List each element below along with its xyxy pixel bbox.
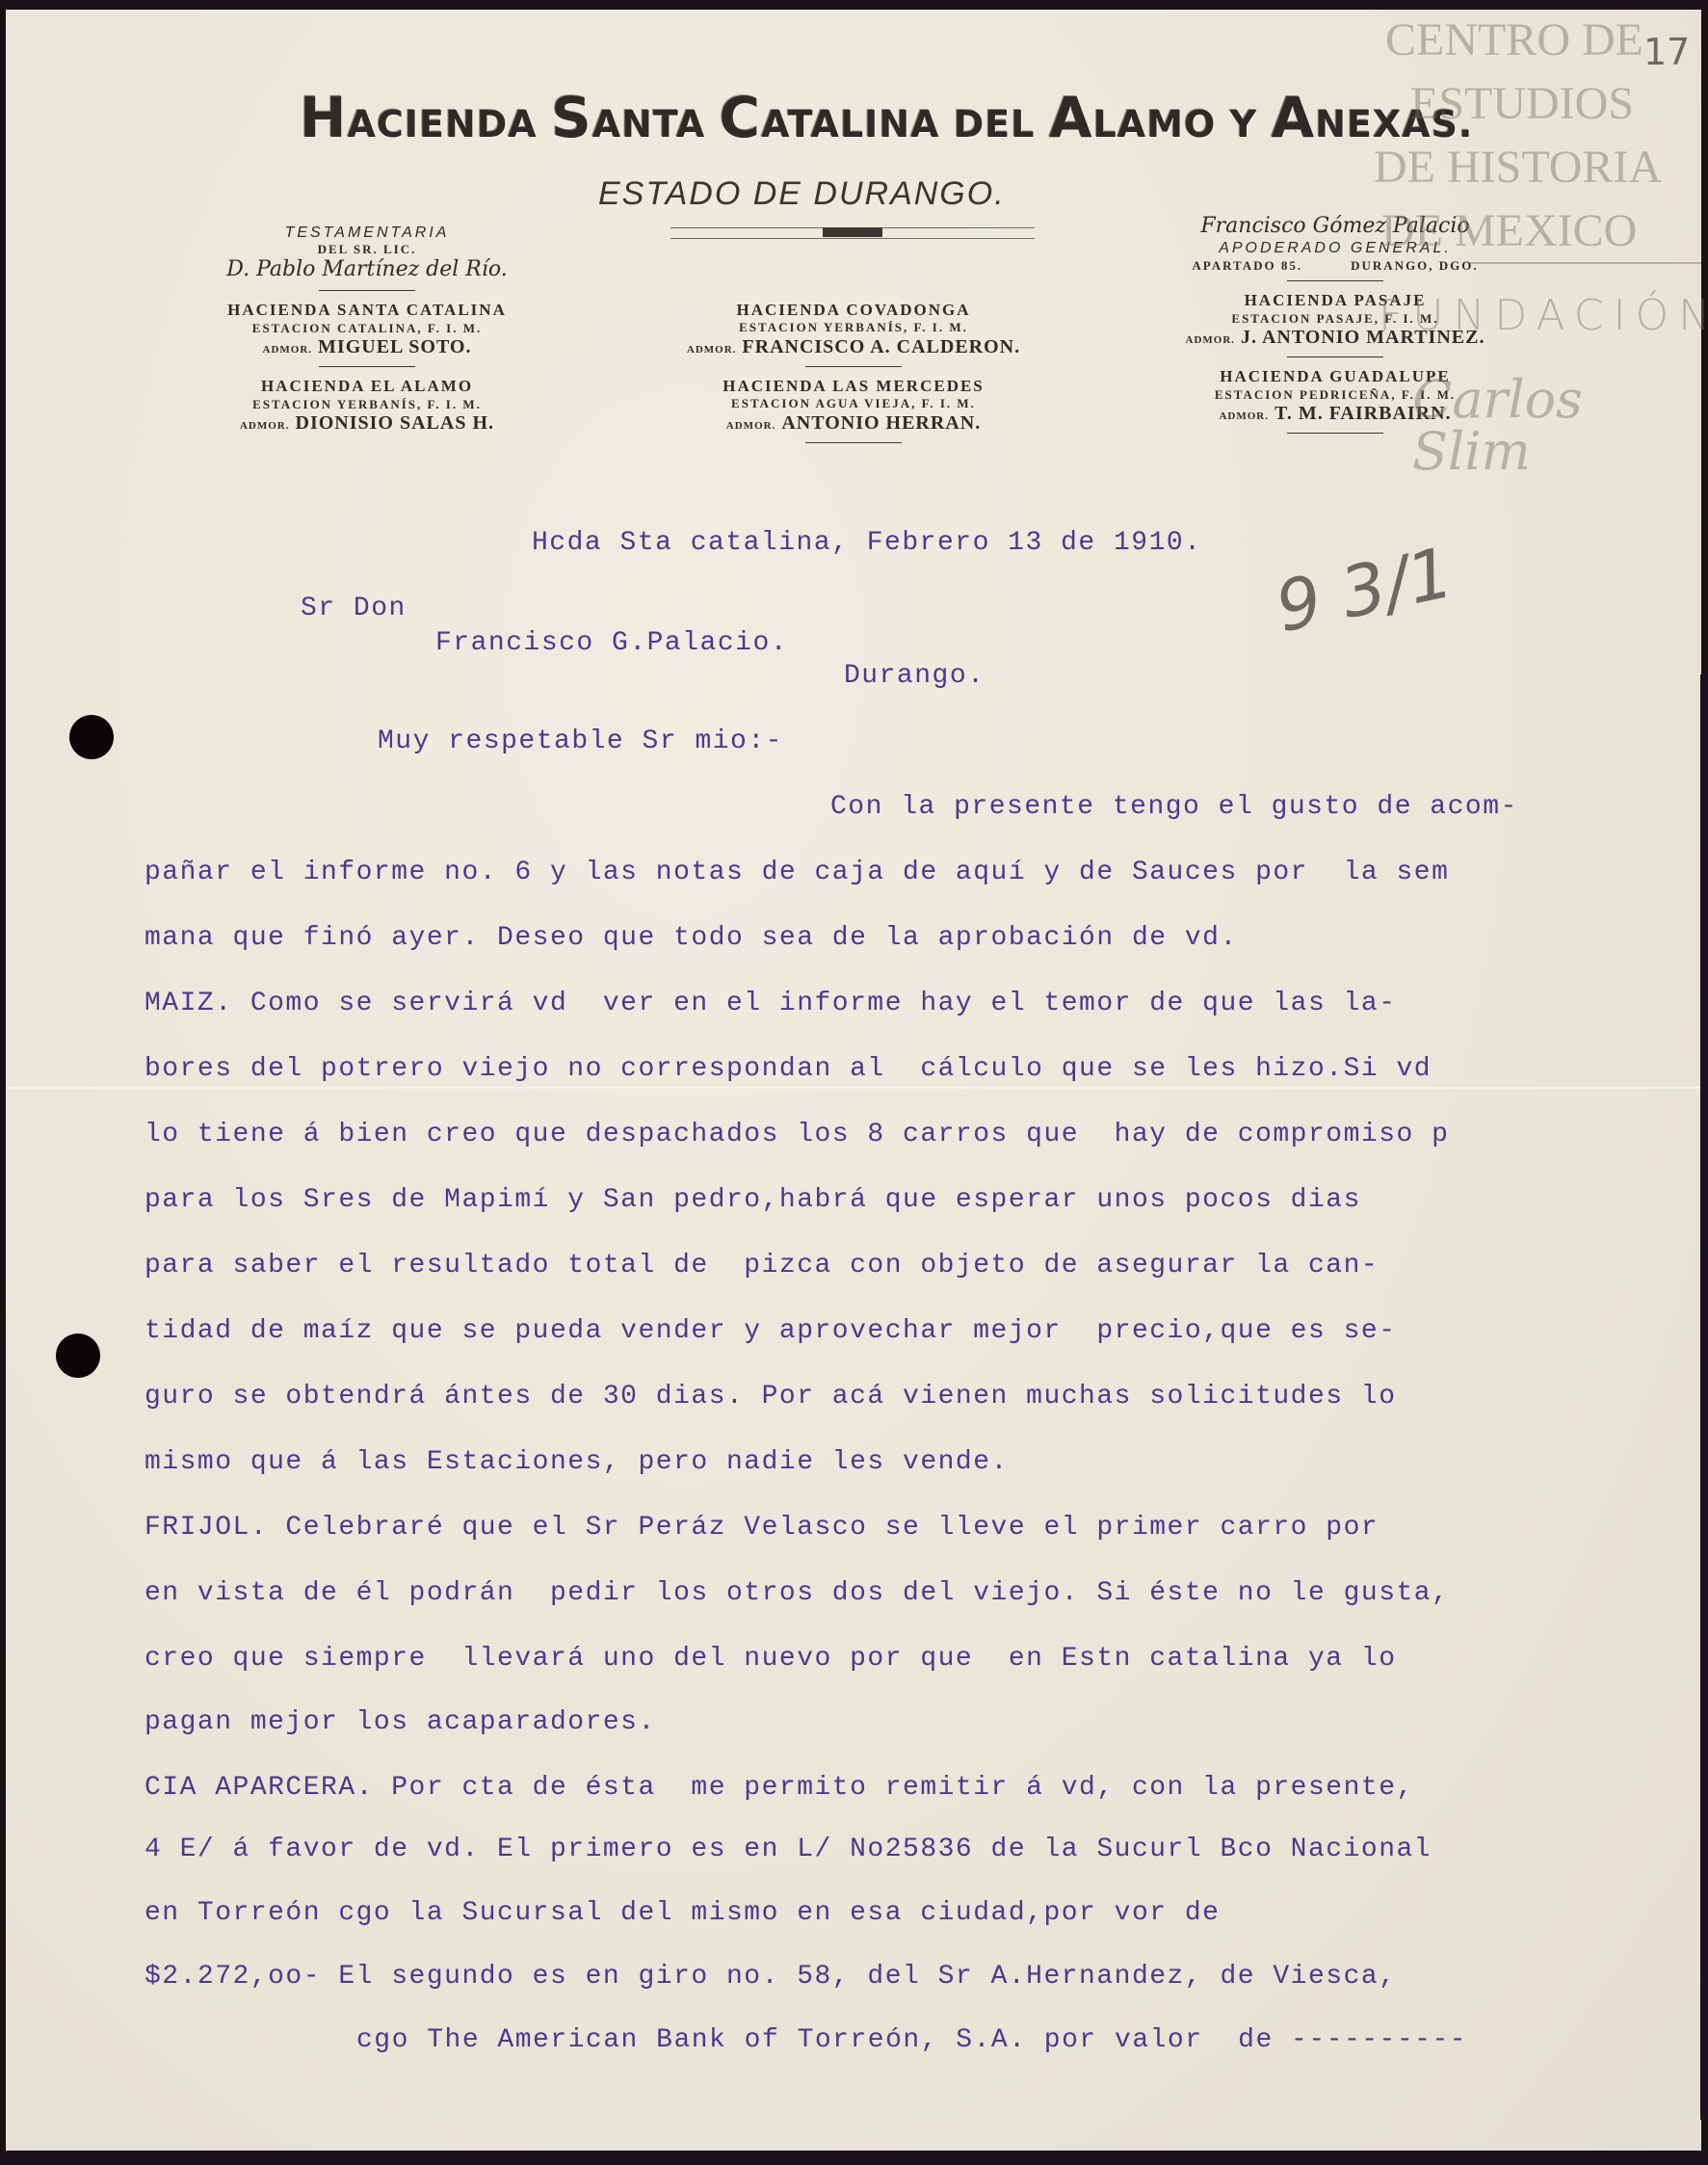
- body-line: mismo que á las Estaciones, pero nadie l…: [145, 1447, 1009, 1477]
- body-line: bores del potrero viejo no correspondan …: [145, 1054, 1432, 1084]
- body-line: mana que finó ayer. Deseo que todo sea d…: [145, 923, 1238, 953]
- body-line: para los Sres de Mapimí y San pedro,habr…: [145, 1185, 1361, 1215]
- body-line: CIA APARCERA. Por cta de ésta me permito…: [145, 1773, 1414, 1803]
- letterhead-left-column: TESTAMENTARIA DEL SR. LIC. D. Pablo Mart…: [174, 224, 560, 435]
- watermark-fundacion: FUNDACIÓN: [1379, 295, 1708, 337]
- paper-fold: [6, 1087, 1701, 1089]
- divider: [1287, 280, 1383, 281]
- body-line: en vista de él podrán pedir los otros do…: [145, 1578, 1449, 1608]
- admor-prefix: ADMOR.: [240, 420, 290, 432]
- admor-prefix: ADMOR.: [1219, 410, 1269, 422]
- admor-name: DIONISIO SALAS H.: [296, 412, 495, 434]
- body-line: pañar el informe no. 6 y las notas de ca…: [145, 858, 1449, 887]
- hacienda-station: ESTACION YERBANÍS, F. I. M.: [613, 320, 1094, 335]
- body-line: en Torreón cgo la Sucursal del mismo en …: [145, 1898, 1220, 1928]
- watermark-line: DE HISTORIA: [1374, 145, 1662, 191]
- title-rest: ATALINA DEL: [761, 103, 1049, 145]
- punch-hole-bottom: [56, 1333, 100, 1378]
- body-line: cgo The American Bank of Torreón, S.A. p…: [356, 2025, 1467, 2055]
- body-line: Con la presente tengo el gusto de acom-: [830, 792, 1518, 822]
- title-cap: A: [1271, 85, 1315, 150]
- testamentaria-label: TESTAMENTARIA: [174, 224, 560, 242]
- date-line: Hcda Sta catalina, Febrero 13 de 1910.: [532, 528, 1202, 558]
- ornament-rule: [670, 227, 1035, 239]
- hacienda-station: ESTACION YERBANÍS, F. I. M.: [174, 397, 560, 412]
- title-cap: A: [1049, 85, 1093, 150]
- recipient-name: Francisco G.Palacio.: [435, 628, 788, 658]
- body-line: FRIJOL. Celebraré que el Sr Peráz Velasc…: [145, 1513, 1379, 1543]
- punch-hole-top: [69, 715, 114, 759]
- page-edge-shadow: [1700, 674, 1708, 2120]
- greeting: Muy respetable Sr mio:-: [378, 726, 783, 756]
- title-rest: ANTA: [592, 103, 720, 145]
- letterhead-title: HACIENDA SANTA CATALINA DEL ALAMO Y ANEX…: [300, 85, 1473, 150]
- hacienda-station: ESTACION AGUA VIEJA, F. I. M.: [613, 396, 1094, 411]
- admor-name: FRANCISCO A. CALDERON.: [742, 336, 1020, 357]
- salutation-to: Sr Don: [301, 594, 407, 623]
- title-cap: H: [300, 85, 348, 150]
- letterhead-center-column: HACIENDA COVADONGA ESTACION YERBANÍS, F.…: [613, 301, 1094, 453]
- watermark-line: CENTRO DE: [1385, 17, 1643, 64]
- title-cap: S: [551, 85, 592, 150]
- watermark-rule: [1470, 262, 1701, 264]
- address-line: APARTADO 85.DURANGO, DGO.: [1143, 258, 1528, 274]
- body-line: para saber el resultado total de pizca c…: [145, 1251, 1379, 1281]
- title-rest: LAMO Y: [1093, 103, 1272, 145]
- hacienda-name: HACIENDA EL ALAMO: [174, 377, 560, 396]
- body-line: creo que siempre llevará uno del nuevo p…: [145, 1644, 1397, 1674]
- admor-name: ANTONIO HERRAN.: [781, 412, 981, 434]
- body-line: pagan mejor los acaparadores.: [145, 1707, 656, 1737]
- city: DURANGO, DGO.: [1351, 258, 1479, 273]
- body-line: 4 E/ á favor de vd. El primero es en L/ …: [145, 1835, 1432, 1864]
- letterhead-subtitle: ESTADO DE DURANGO.: [598, 175, 1006, 213]
- divider: [805, 442, 902, 443]
- hacienda-name: HACIENDA LAS MERCEDES: [613, 377, 1094, 396]
- divider: [319, 366, 415, 367]
- divider: [319, 290, 415, 291]
- body-line: $2.272,oo- El segundo es en giro no. 58,…: [145, 1962, 1397, 1992]
- body-line: tidad de maíz que se pueda vender y apro…: [145, 1316, 1397, 1346]
- apartado: APARTADO 85.: [1192, 258, 1302, 273]
- title-cap: C: [720, 85, 762, 150]
- admor-prefix: ADMOR.: [687, 344, 737, 356]
- title-rest: ACIENDA: [348, 103, 551, 145]
- pencil-mark: 9 3/1: [1269, 532, 1459, 648]
- hacienda-station: ESTACION CATALINA, F. I. M.: [174, 321, 560, 336]
- divider: [1287, 433, 1383, 434]
- watermark-line: DE MEXICO: [1381, 208, 1637, 254]
- letter-page: HACIENDA SANTA CATALINA DEL ALAMO Y ANEX…: [6, 10, 1701, 2151]
- body-line: MAIZ. Como se servirá vd ver en el infor…: [145, 989, 1397, 1018]
- watermark-line: ESTUDIOS: [1410, 81, 1634, 127]
- divider: [1287, 356, 1383, 357]
- admor-prefix: ADMOR.: [263, 344, 313, 356]
- hacienda-admor: ADMOR.MIGUEL SOTO.: [174, 335, 560, 358]
- admor-prefix: ADMOR.: [1186, 334, 1236, 346]
- watermark-signature: Carlos Slim: [1412, 374, 1701, 478]
- body-line: guro se obtendrá ántes de 30 dias. Por a…: [145, 1382, 1397, 1412]
- hacienda-name: HACIENDA SANTA CATALINA: [174, 301, 560, 320]
- hacienda-admor: ADMOR.ANTONIO HERRAN.: [613, 411, 1094, 435]
- hacienda-admor: ADMOR.DIONISIO SALAS H.: [174, 411, 560, 435]
- hacienda-name: HACIENDA COVADONGA: [613, 301, 1094, 320]
- hacienda-admor: ADMOR.FRANCISCO A. CALDERON.: [613, 335, 1094, 358]
- admor-name: MIGUEL SOTO.: [318, 336, 471, 357]
- divider: [805, 366, 902, 367]
- estate-owner-name: D. Pablo Martínez del Río.: [174, 257, 560, 282]
- admor-prefix: ADMOR.: [726, 420, 776, 432]
- del-sr-lic-label: DEL SR. LIC.: [174, 242, 560, 257]
- page-number: 17: [1643, 31, 1690, 73]
- body-line: lo tiene á bien creo que despachados los…: [145, 1120, 1449, 1149]
- recipient-city: Durango.: [844, 661, 985, 691]
